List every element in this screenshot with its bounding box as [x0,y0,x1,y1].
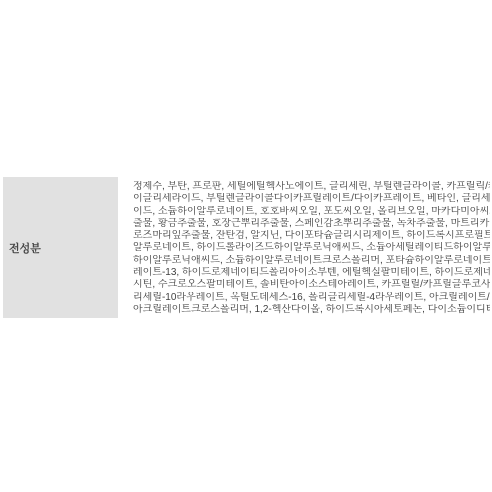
ingredient-text-line: 출물, 황금추출물, 호장근뿌리추출물, 스페인감초뿌리추출물, 녹차추출물, … [133,218,490,230]
ingredient-text-line: 정제수, 부탄, 프로판, 세틸에틸헥사노에이트, 글리세린, 부틸렌글라이콜,… [133,181,490,193]
ingredient-text-line: 리세릴-10라우레이트, 옥틸도데세스-16, 폴리글리세릴-4라우레이트, 아… [133,292,490,304]
ingredients-label-cell: 전성분 [3,177,118,318]
ingredient-text-line: 알루로네이트, 하이드롤라이즈드하이알루로닉애씨드, 소듐아세틸레이티드하이알루… [133,242,490,254]
ingredient-text-line: 아크릴레이트크로스폴리머, 1,2-헥산다이올, 하이드록시아세토페논, 다이소… [133,304,490,316]
ingredient-text-line: 이드, 소듐하이알루로네이트, 호호바씨오일, 포도씨오일, 올리브오일, 마카… [133,206,490,218]
ingredient-text-line: 레이트-13, 하이드로제네이티드폴리아이소부텐, 에틸헥실팔미테이트, 하이드… [133,267,490,279]
ingredient-text-line: 이글리세라이드, 부틸렌글라이콜다이카프릴레이트/다이카프레이트, 베타인, 글… [133,193,490,205]
ingredients-section: 전성분 정제수, 부탄, 프로판, 세틸에틸헥사노에이트, 글리세린, 부틸렌글… [0,177,492,318]
ingredient-text-line: 시틴, 수크로오스팔미테이트, 솔비탄아이소스테아레이트, 카프릴릴/카프릴글루… [133,279,490,291]
ingredient-text-line: 로즈마리잎추출물, 잔탄검, 알지닌, 다이포타슘글리시리제이트, 하이드록시프… [133,230,490,242]
ingredients-label: 전성분 [9,240,41,256]
ingredient-text-line: 하이알루로닉애씨드, 소듐하이알루로네이트크로스폴리머, 포타슘하이알루로네이트… [133,255,490,267]
ingredients-value-cell: 정제수, 부탄, 프로판, 세틸에틸헥사노에이트, 글리세린, 부틸렌글라이콜,… [133,181,490,317]
